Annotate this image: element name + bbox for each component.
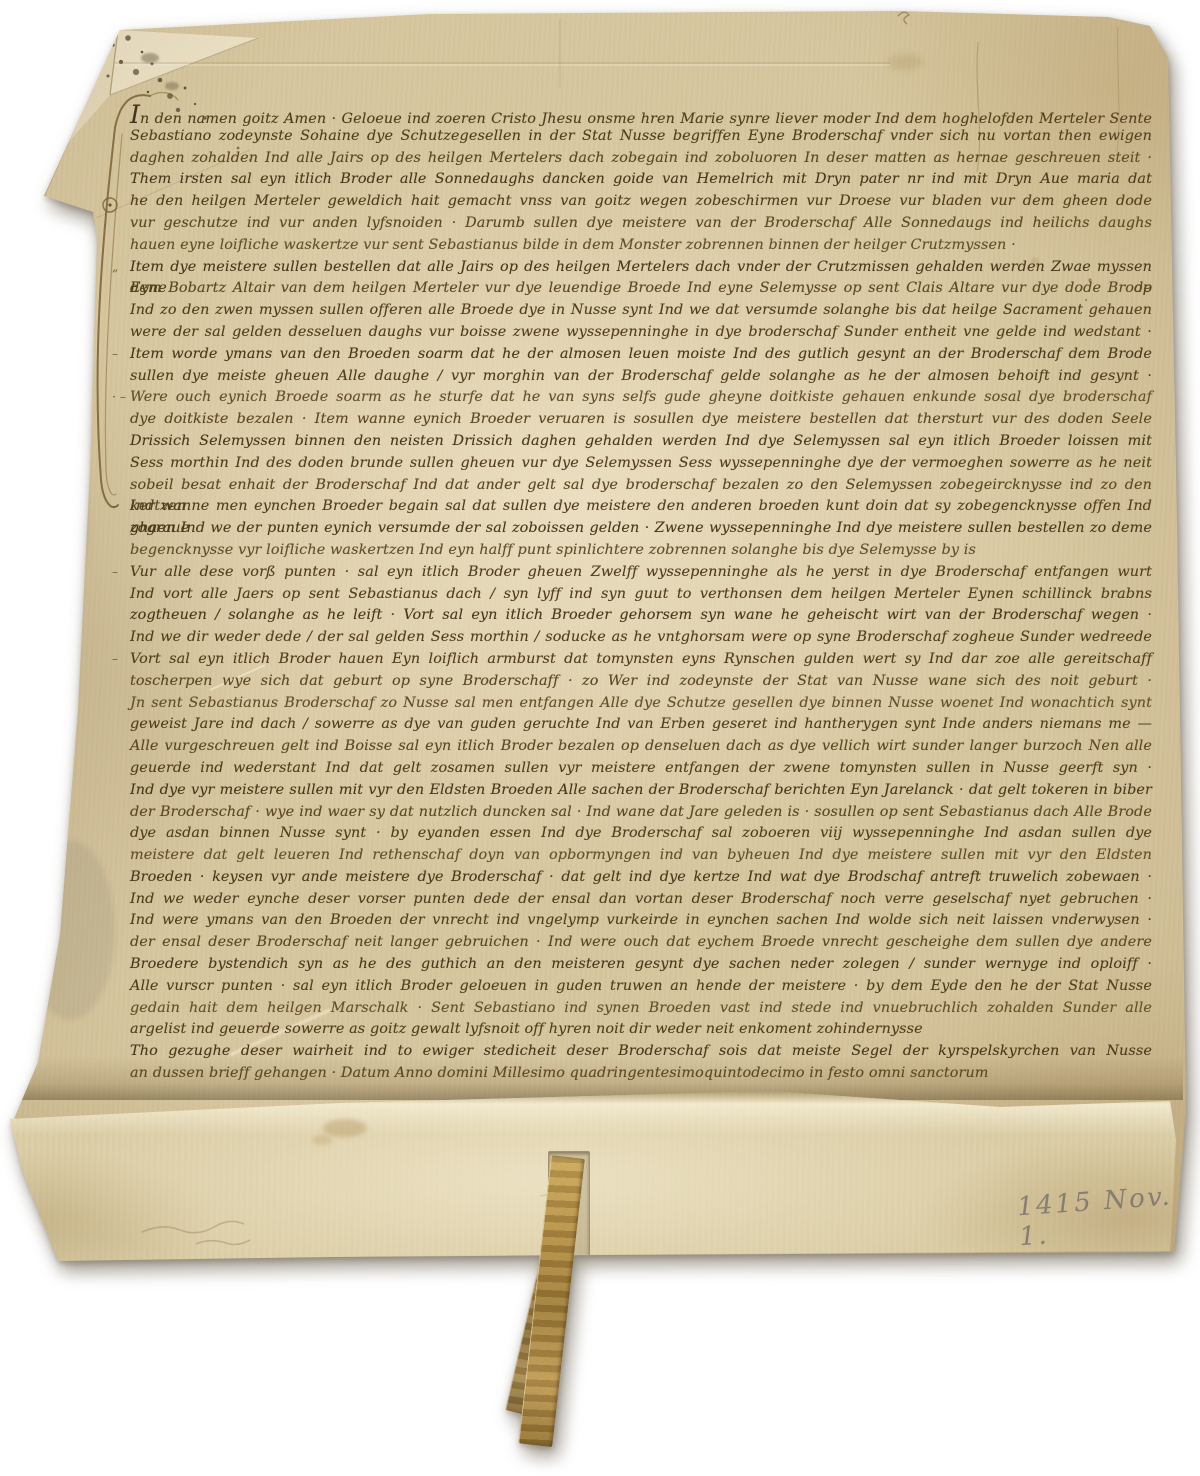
manuscript-line: Ind we dir weder dede / der sal gelden S…: [130, 627, 1152, 649]
manuscript-line-text: dem Bobartz Altair van dem heilgen Merte…: [130, 280, 1152, 296]
manuscript-line-text: Ind vort alle Jaers op sent Sebastianus …: [130, 586, 1152, 602]
manuscript-line-text: Tho gezughe deser wairheit ind to ewiger…: [130, 1043, 1152, 1059]
manuscript-line-text: were der sal gelden desseluen daughs vur…: [130, 324, 1152, 340]
manuscript-line: Ind vort alle Jaers op sent Sebastianus …: [130, 584, 1152, 606]
margin-paragraph-mark: –: [112, 344, 118, 366]
manuscript-line: dye doitkiste bezalen · Item wanne eynic…: [130, 409, 1152, 431]
manuscript-line: an dussen brieff gehangen · Datum Anno d…: [130, 1063, 1152, 1085]
manuscript-line: –Ind wanne men eynchen Broeder begain sa…: [130, 496, 1152, 518]
manuscript-line-text: Ind zo den zwen myssen sullen offeren al…: [130, 302, 1152, 318]
manuscript-line: dem Bobartz Altair van dem heilgen Merte…: [130, 278, 1152, 300]
manuscript-line-text: Broeden · keysen vyr ande meistere dye B…: [130, 869, 1152, 885]
manuscript-line-text: zogtheuen / solanghe as he leift · Vort …: [130, 607, 1152, 623]
manuscript-line: Broeden · keysen vyr ande meistere dye B…: [130, 867, 1152, 889]
manuscript-line-text: Drissich Selemyssen binnen den neisten D…: [130, 433, 1152, 449]
manuscript-line: meistere dat gelt leueren Ind rethenscha…: [130, 845, 1152, 867]
manuscript-line: „Item dye meistere sullen bestellen dat …: [130, 257, 1152, 279]
manuscript-line: Ind we weder eynche deser vorser punten …: [130, 889, 1152, 911]
margin-paragraph-mark: · –: [112, 387, 126, 409]
manuscript-line: Sebastiano zodeynste Sohaine dye Schutze…: [130, 126, 1152, 148]
manuscript-line-text: an dussen brieff gehangen · Datum Anno d…: [130, 1065, 989, 1081]
manuscript-line: gedain hait dem heilgen Marschalk · Sent…: [130, 998, 1152, 1020]
manuscript-line-text: Jn sent Sebastianus Broderschaf zo Nusse…: [130, 695, 1152, 711]
manuscript-line-text: Vort sal eyn itlich Broder hauen Eyn loi…: [130, 651, 1152, 667]
manuscript-line-text: argelist ind geuerde sowerre as goitz ge…: [130, 1021, 923, 1037]
manuscript-line-text: Ind were ymans van den Broeden der vnrec…: [130, 912, 1152, 928]
manuscript-line: argelist ind geuerde sowerre as goitz ge…: [130, 1019, 1152, 1041]
manuscript-line: vur geschutze ind vur anden lyfsnoiden ·…: [130, 213, 1152, 235]
manuscript-line: Jn sent Sebastianus Broderschaf zo Nusse…: [130, 693, 1152, 715]
manuscript-line-text: Them irsten sal eyn itlich Broder alle S…: [130, 171, 1152, 187]
manuscript-line: Alle vurscr punten · sal eyn itlich Brod…: [130, 976, 1152, 998]
manuscript-line-text: geweist Jare ind dach / sowerre as dye v…: [130, 716, 1152, 732]
margin-paragraph-mark: –: [112, 562, 118, 584]
manuscript-line: begencknysse vyr loifliche waskertzen In…: [130, 540, 1152, 562]
manuscript-line-text: dye asdan binnen Nusse synt · by eyanden…: [130, 825, 1152, 841]
manuscript-line: Alle vurgeschreuen gelt ind Boisse sal e…: [130, 736, 1152, 758]
manuscript-line: dye asdan binnen Nusse synt · by eyanden…: [130, 823, 1152, 845]
scanned-charter-page: In den namen goitz Amen · Geloeue ind zo…: [0, 0, 1200, 1476]
manuscript-line: geuerde ind wederstant Ind dat gelt zosa…: [130, 758, 1152, 780]
manuscript-line-text: ghaen Ind we der punten eynich versumde …: [130, 520, 1152, 536]
manuscript-line-text: Vur alle dese vorß punten · sal eyn itli…: [130, 564, 1152, 580]
manuscript-line: –Vur alle dese vorß punten · sal eyn itl…: [130, 562, 1152, 584]
manuscript-line: In den namen goitz Amen · Geloeue ind zo…: [130, 104, 1152, 126]
manuscript-line-text: Ind we dir weder dede / der sal gelden S…: [130, 629, 1152, 645]
manuscript-line-text: dye doitkiste bezalen · Item wanne eynic…: [130, 411, 1152, 427]
manuscript-line: Drissich Selemyssen binnen den neisten D…: [130, 431, 1152, 453]
manuscript-line: Ind were ymans van den Broeden der vnrec…: [130, 910, 1152, 932]
manuscript-line-text: sullen dye meiste gheuen Alle daughe / v…: [130, 368, 1152, 384]
manuscript-line-text: hauen eyne loifliche waskertze vur sent …: [130, 237, 1016, 253]
manuscript-line-text: der ensal deser Broderschaf neit langer …: [130, 934, 1152, 950]
manuscript-line: Ind dye vyr meistere sullen mit vyr den …: [130, 780, 1152, 802]
manuscript-line-text: In den namen goitz Amen · Geloeue ind zo…: [130, 111, 1152, 127]
manuscript-line: toscherpen wye sich dat geburt op syne B…: [130, 671, 1152, 693]
manuscript-line: Ind zo den zwen myssen sullen offeren al…: [130, 300, 1152, 322]
manuscript-line-text: begencknysse vyr loifliche waskertzen In…: [130, 542, 976, 558]
manuscript-line: der Broderschaf · wye ind waer sy dat nu…: [130, 802, 1152, 824]
manuscript-line-text: Item worde ymans van den Broeden soarm d…: [130, 346, 1152, 362]
manuscript-line-text: Ind we weder eynche deser vorser punten …: [130, 891, 1152, 907]
manuscript-line: geweist Jare ind dach / sowerre as dye v…: [130, 714, 1152, 736]
manuscript-line: Sess morthin Ind des doden brunde sullen…: [130, 453, 1152, 475]
manuscript-line-text: Sebastiano zodeynste Sohaine dye Schutze…: [130, 128, 1152, 144]
margin-paragraph-mark: „: [112, 257, 118, 279]
manuscript-line: sullen dye meiste gheuen Alle daughe / v…: [130, 366, 1152, 388]
manuscript-line: zogtheuen / solanghe as he leift · Vort …: [130, 605, 1152, 627]
manuscript-line: –Vort sal eyn itlich Broder hauen Eyn lo…: [130, 649, 1152, 671]
margin-paragraph-mark: –: [112, 649, 118, 671]
manuscript-line: der ensal deser Broderschaf neit langer …: [130, 932, 1152, 954]
manuscript-line: hauen eyne loifliche waskertze vur sent …: [130, 235, 1152, 257]
faint-inscription: [142, 1194, 582, 1244]
charter: In den namen goitz Amen · Geloeue ind zo…: [0, 0, 1200, 1476]
manuscript-line-text: meistere dat gelt leueren Ind rethenscha…: [130, 847, 1152, 863]
manuscript-line-text: Alle vurscr punten · sal eyn itlich Brod…: [130, 978, 1152, 994]
manuscript-line: –Item worde ymans van den Broeden soarm …: [130, 344, 1152, 366]
manuscript-text-block: In den namen goitz Amen · Geloeue ind zo…: [130, 104, 1152, 1085]
manuscript-line: sobeil besat enhait der Broderschaf Ind …: [130, 475, 1152, 497]
manuscript-line-text: Broedere bystendich syn as he des guthic…: [130, 956, 1152, 972]
manuscript-line-text: der Broderschaf · wye ind waer sy dat nu…: [130, 804, 1152, 820]
manuscript-line-text: Alle vurgeschreuen gelt ind Boisse sal e…: [130, 738, 1152, 754]
manuscript-line: daghen zohalden Ind alle Jairs op des he…: [130, 148, 1152, 170]
manuscript-line-text: toscherpen wye sich dat geburt op syne B…: [130, 673, 1152, 689]
manuscript-line-text: Ind dye vyr meistere sullen mit vyr den …: [130, 782, 1152, 798]
manuscript-line-text: geuerde ind wederstant Ind dat gelt zosa…: [130, 760, 1152, 776]
manuscript-line-text: gedain hait dem heilgen Marschalk · Sent…: [130, 1000, 1152, 1016]
manuscript-line-text: Were ouch eynich Broede soarm as he stur…: [130, 389, 1152, 405]
manuscript-line-text: vur geschutze ind vur anden lyfsnoiden ·…: [130, 215, 1152, 231]
manuscript-line: he den heilgen Merteler geweldich hait g…: [130, 191, 1152, 213]
manuscript-line: Them irsten sal eyn itlich Broder alle S…: [130, 169, 1152, 191]
manuscript-line-text: he den heilgen Merteler geweldich hait g…: [130, 193, 1152, 209]
manuscript-line: were der sal gelden desseluen daughs vur…: [130, 322, 1152, 344]
manuscript-line: Tho gezughe deser wairheit ind to ewiger…: [130, 1041, 1152, 1063]
manuscript-line-text: Sess morthin Ind des doden brunde sullen…: [130, 455, 1152, 471]
manuscript-line: Broedere bystendich syn as he des guthic…: [130, 954, 1152, 976]
manuscript-line: ghaen Ind we der punten eynich versumde …: [130, 518, 1152, 540]
margin-paragraph-mark: –: [112, 496, 118, 518]
manuscript-line-text: daghen zohalden Ind alle Jairs op des he…: [130, 150, 1152, 166]
manuscript-line: · –Were ouch eynich Broede soarm as he s…: [130, 387, 1152, 409]
